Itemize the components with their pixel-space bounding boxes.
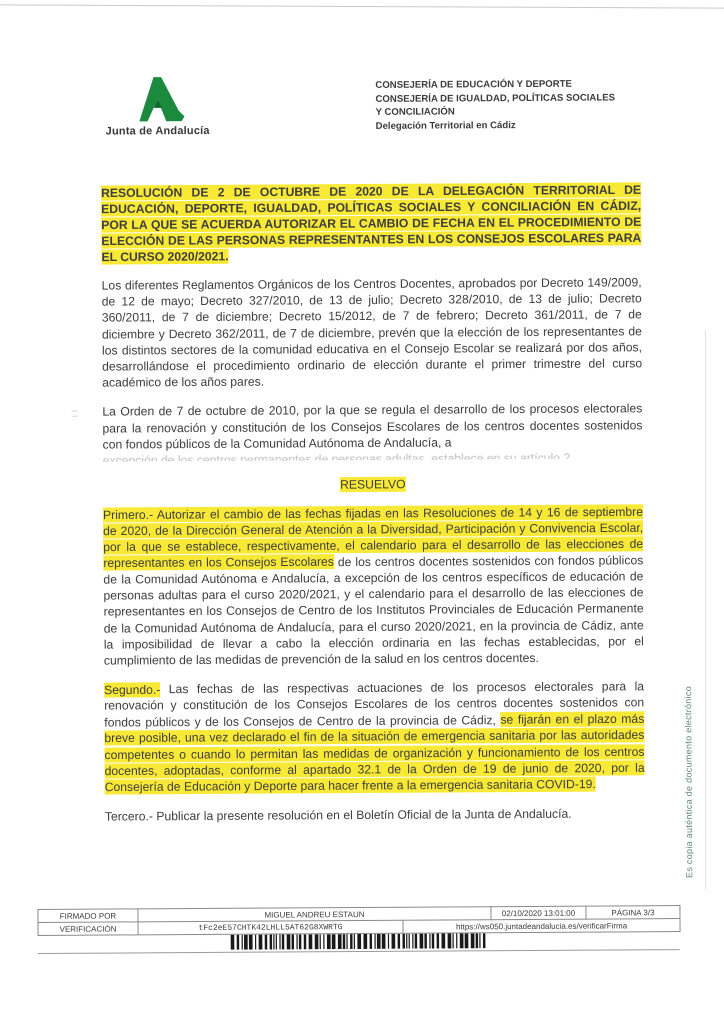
clipped-scan-line: excepción de los centros permanentes de … — [103, 449, 643, 461]
paragraph-tercero: Tercero.- Publicar la presente resolució… — [105, 805, 645, 825]
highlighted-title-text: RESOLUCIÓN DE 2 DE OCTUBRE DE 2020 DE LA… — [101, 182, 641, 265]
paragraph-decretos: Los diferentes Reglamentos Orgánicos de … — [102, 274, 643, 391]
junta-logo-icon — [97, 75, 217, 124]
resuelvo-heading: RESUELVO — [103, 474, 643, 494]
barcode — [231, 933, 487, 950]
signature-date: 02/10/2020 13:01:00 — [491, 906, 586, 920]
brand-text: Junta de Andalucía — [98, 125, 218, 138]
junta-de-andalucia-logo: Junta de Andalucía — [97, 75, 217, 138]
resolution-title: RESOLUCIÓN DE 2 DE OCTUBRE DE 2020 DE LA… — [101, 181, 641, 265]
paragraph-segundo: Segundo.- Las fechas de las respectivas … — [104, 679, 645, 796]
org-line: Delegación Territorial en Cádiz — [376, 118, 646, 133]
verification-label: VERIFICACIÓN — [38, 922, 138, 936]
paragraph-primero: Primero.- Autorizar el cambio de las fec… — [103, 504, 644, 669]
page-indicator: PÁGINA 3/3 — [586, 906, 680, 920]
org-line: CONSEJERÍA DE IGUALDAD, POLÍTICAS SOCIAL… — [375, 91, 645, 106]
scanned-document-page: Junta de Andalucía CONSEJERÍA DE EDUCACI… — [0, 0, 724, 1023]
paragraph-orden-2010: La Orden de 7 de octubre de 2010, por la… — [102, 401, 642, 453]
barcode-row — [38, 931, 680, 954]
authenticity-side-note: Es copia auténtica de documento electrón… — [683, 694, 698, 878]
header-org-block: CONSEJERÍA DE EDUCACIÓN Y DEPORTE CONSEJ… — [375, 77, 645, 133]
scan-mark: ~~ — [71, 409, 79, 420]
signed-by-label: FIRMADO POR — [38, 909, 138, 923]
document-body: RESOLUCIÓN DE 2 DE OCTUBRE DE 2020 DE LA… — [101, 181, 645, 837]
